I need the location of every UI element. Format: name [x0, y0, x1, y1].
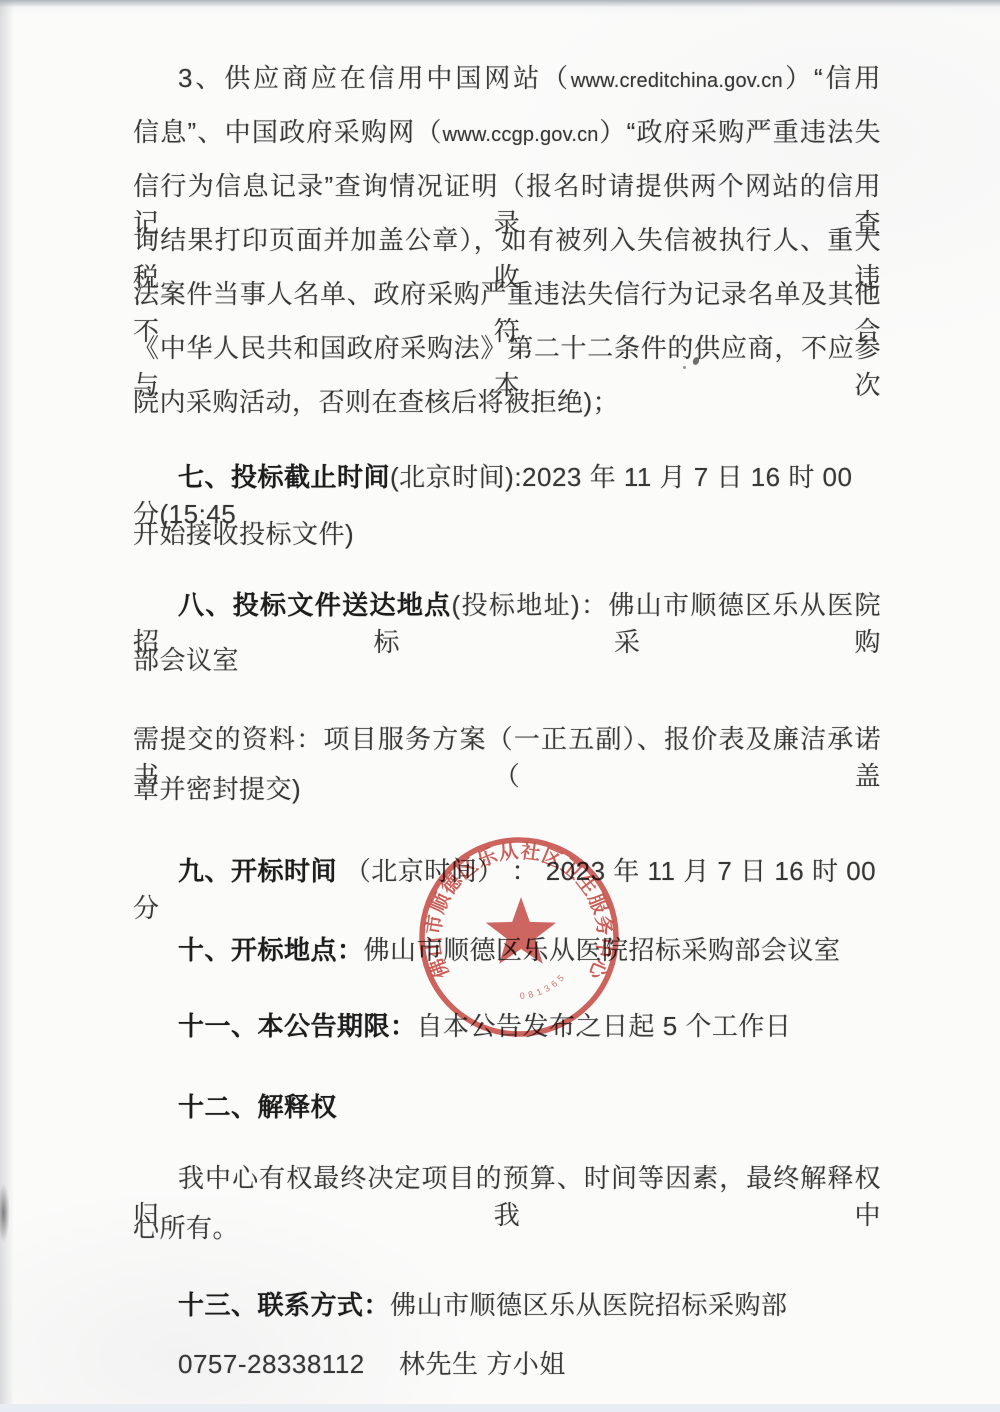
paragraph-text: ）“政府采购严重违法失	[599, 117, 881, 147]
creditchina-url: www.creditchina.gov.cn	[571, 70, 783, 92]
section-contact-text: 佛山市顺德区乐从医院招标采购部	[390, 1290, 788, 1320]
section-opening-place-heading: 十、开标地点：	[178, 935, 364, 965]
seal-star-icon	[486, 897, 556, 964]
scan-edge-top	[0, 0, 1000, 16]
contact-phone-line: 0757-28338112 林先生 方小姐	[133, 1344, 881, 1381]
section-bid-deadline-heading: 七、投标截止时间	[178, 462, 390, 492]
paragraph-credit-line: 信息”、中国政府采购网（www.ccgp.gov.cn）“政府采购严重违法失	[133, 112, 881, 149]
paragraph-rights-line: 心所有。	[133, 1208, 881, 1245]
note-materials-line: 章并密封提交)	[133, 769, 881, 806]
paragraph-credit-line: 院内采购活动，否则在查核后将被拒绝)；	[133, 382, 881, 419]
section-delivery-place-heading: 八、投标文件送达地点	[178, 590, 452, 620]
section-bid-deadline-cont: 开始接收投标文件)	[133, 514, 881, 551]
paragraph-text: 3、供应商应在信用中国网站（	[178, 63, 571, 93]
ccgp-url: www.ccgp.gov.cn	[443, 124, 599, 146]
scan-edge-bottom	[0, 1404, 1000, 1412]
scanned-document-page: { "doc": { "para_credit": { "line1": { "…	[0, 0, 1000, 1412]
paragraph-text: 信息”、中国政府采购网（	[133, 117, 443, 147]
section-opening-time-heading: 九、开标时间	[178, 856, 337, 886]
paragraph-text: ）“信用	[783, 63, 881, 93]
section-notice-period-heading: 十一、本公告期限：	[178, 1011, 417, 1041]
section-interpretation-heading: 十二、解释权	[178, 1092, 337, 1122]
section-contact: 十三、联系方式：佛山市顺德区乐从医院招标采购部	[133, 1285, 881, 1322]
section-interpretation: 十二、解释权	[133, 1087, 881, 1124]
section-delivery-place-cont: 部会议室	[133, 640, 881, 677]
official-seal-stamp: 佛山市顺德区乐从社区卫生服务中心 0813653	[414, 832, 624, 1042]
section-contact-heading: 十三、联系方式：	[178, 1290, 390, 1320]
paragraph-credit-line: 3、供应商应在信用中国网站（www.creditchina.gov.cn）“信用	[133, 58, 881, 95]
scan-smudge	[0, 1182, 10, 1244]
